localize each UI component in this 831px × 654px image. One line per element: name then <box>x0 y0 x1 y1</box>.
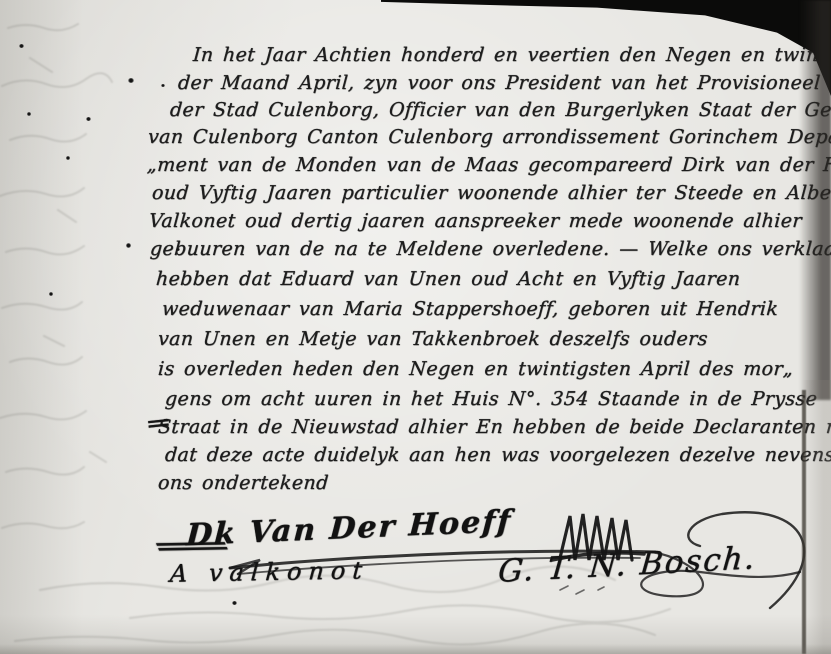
bottom-edge-shade <box>0 644 831 654</box>
manuscript-line: oud Vyftig Jaaren particulier woonende a… <box>151 184 831 203</box>
manuscript-line: weduwenaar van Maria Stappershoeff, gebo… <box>161 300 779 319</box>
manuscript-line: gens om acht uuren in het Huis N°. 354 S… <box>164 390 818 409</box>
manuscript-line: is overleden heden den Negen en twintigs… <box>157 360 794 379</box>
manuscript-line: „ment van de Monden van de Maas gecompar… <box>146 156 831 175</box>
manuscript-line: gebuuren van de na te Meldene overledene… <box>149 240 831 259</box>
manuscript-line: hebben dat Eduard van Unen oud Acht en V… <box>155 270 741 289</box>
manuscript-line: Straat in de Nieuwstad alhier En hebben … <box>157 418 831 437</box>
manuscript-line: Valkonet oud dertig jaaren aanspreeker m… <box>148 212 802 231</box>
document-page: In het Jaar Achtien honderd en veertien … <box>0 0 831 654</box>
manuscript-line: dat deze acte duidelyk aan hen was voorg… <box>164 446 831 465</box>
page-edge-line <box>802 390 806 654</box>
page-edge-shadow <box>799 0 831 400</box>
manuscript-line: van Culenborg Canton Culenborg arrondiss… <box>147 128 831 147</box>
margin-mark: = <box>144 411 173 434</box>
manuscript-line: In het Jaar Achtien honderd en veertien … <box>192 46 831 65</box>
signature-van-der-hoeff: Dk Van Der Hoeff <box>185 507 513 551</box>
manuscript-line: der Stad Culenborg, Officier van den Bur… <box>169 101 831 120</box>
manuscript-line: der Maand April, zyn voor ons President … <box>177 74 831 93</box>
signature-valkonet: A valkonot <box>169 558 370 586</box>
manuscript-line: van Unen en Metje van Takkenbroek deszel… <box>157 330 708 349</box>
manuscript-line: ons ondertekend <box>157 474 329 493</box>
signature-bosch: G. T. N. Bosch. <box>497 543 758 588</box>
